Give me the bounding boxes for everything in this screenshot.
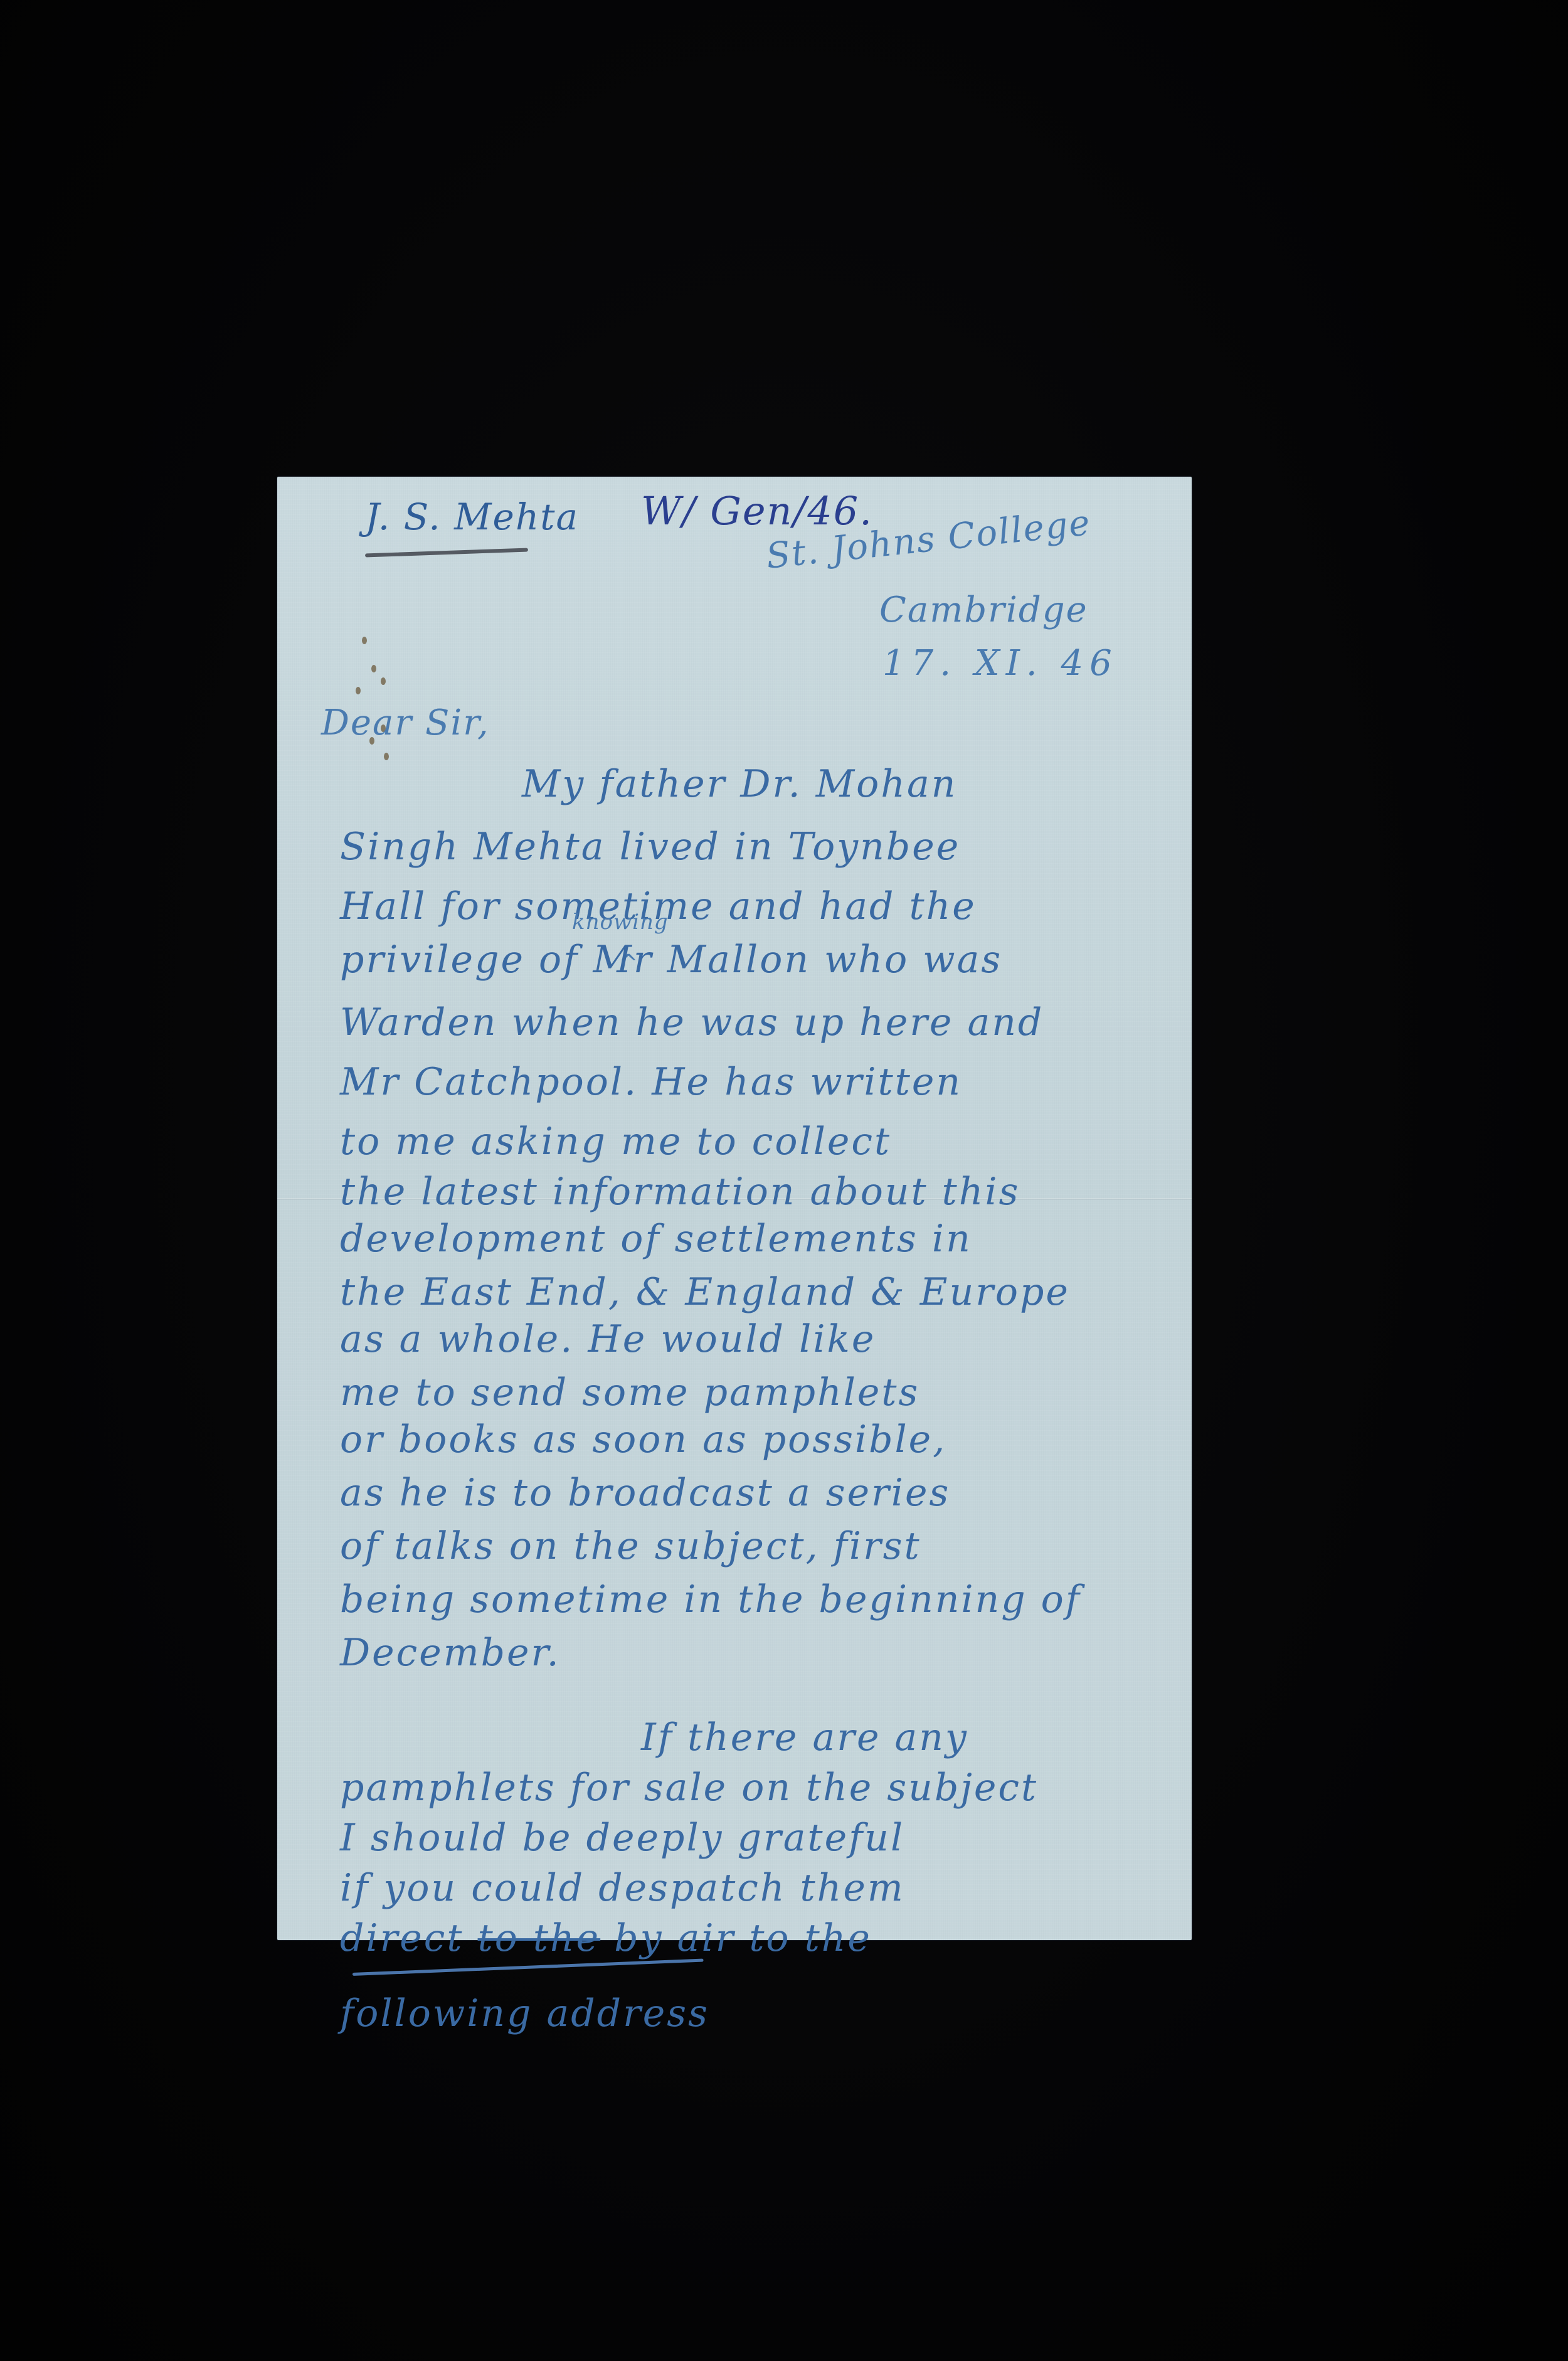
line-tail: to the: [735, 1916, 872, 1960]
body-line: being sometime in the beginning of: [340, 1578, 1081, 1621]
body-line: development of settlements in: [340, 1217, 972, 1261]
body-line-with-correction: direct to the by air to the: [340, 1916, 872, 1960]
punch-hole: [371, 665, 376, 672]
body-line: Mr Catchpool. He has written: [340, 1060, 962, 1104]
letter-date: 17. XI. 46: [882, 643, 1118, 684]
body-line: the East End, & England & Europe: [340, 1270, 1070, 1314]
reference-mark: W/ Gen/46.: [641, 488, 873, 534]
body-line: or books as soon as possible,: [340, 1418, 946, 1462]
body-line: following address: [340, 1992, 709, 2035]
body-line: as he is to broadcast a series: [340, 1471, 950, 1515]
salutation: Dear Sir,: [321, 703, 490, 743]
body-line: to me asking me to collect: [340, 1120, 891, 1164]
punch-hole: [384, 753, 389, 760]
punch-hole: [356, 687, 361, 694]
body-line: Singh Mehta lived in Toynbee: [340, 825, 960, 869]
body-line: pamphlets for sale on the subject: [340, 1766, 1038, 1810]
by-air-underline: [352, 1959, 704, 1976]
letter-paper: J. S. Mehta W/ Gen/46. St. Johns College…: [277, 477, 1192, 1940]
punch-hole: [381, 677, 386, 685]
address-city: Cambridge: [879, 590, 1088, 630]
body-line: December.: [340, 1631, 561, 1675]
body-line: me to send some pamphlets: [340, 1371, 919, 1414]
body-line: My father Dr. Mohan: [522, 762, 957, 806]
body-line: privilege of Mr Mallon who was: [340, 938, 1002, 982]
inserted-word: knowing: [572, 910, 669, 935]
punch-hole: [362, 637, 367, 644]
body-line: Warden when he was up here and: [340, 1000, 1044, 1044]
inserted-by-air: by air: [600, 1916, 735, 1960]
word-direct: direct: [340, 1916, 478, 1960]
struck-text: to the: [478, 1916, 601, 1960]
body-line: the latest information about this: [340, 1170, 1020, 1214]
sender-underline: [365, 548, 528, 557]
body-line: If there are any: [641, 1716, 968, 1759]
sender-name: J. S. Mehta: [365, 496, 579, 538]
body-line: I should be deeply grateful: [340, 1816, 904, 1860]
body-line: of talks on the subject, first: [340, 1524, 921, 1568]
body-line: as a whole. He would like: [340, 1317, 876, 1361]
body-line: if you could despatch them: [340, 1866, 905, 1910]
